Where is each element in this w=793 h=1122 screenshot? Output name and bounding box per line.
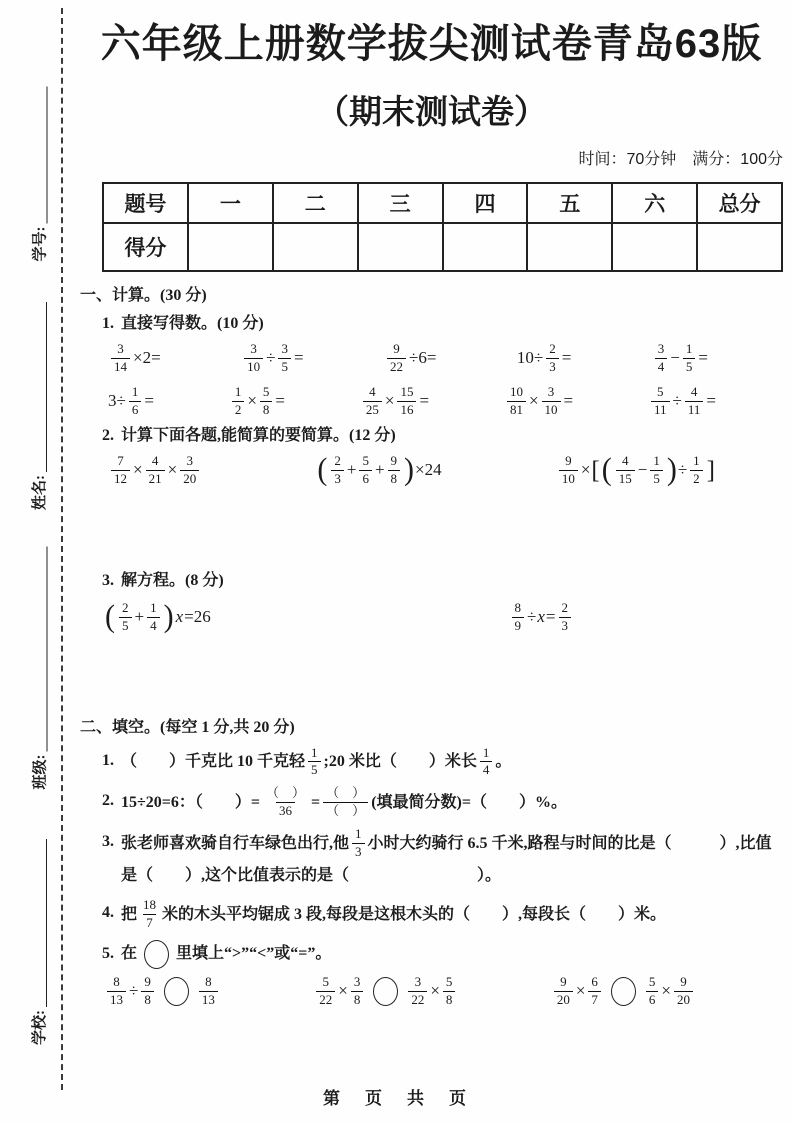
student-number-label: 学号: — [30, 227, 52, 262]
question-number: 1. — [102, 746, 114, 779]
question-number: 2. — [102, 786, 114, 819]
fraction: 13 — [352, 827, 365, 860]
math-expression: 920×6756×920 — [551, 975, 696, 1008]
fraction: 522 — [316, 975, 335, 1008]
question-number: 3. — [102, 827, 114, 890]
fraction: （ ）36 — [263, 786, 308, 819]
calc-row: (25+14)x=26 89÷x=23 — [104, 601, 574, 634]
math-expression: (25+14)x=26 — [104, 601, 211, 634]
fraction: 421 — [146, 454, 165, 487]
fraction: 1516 — [397, 385, 416, 418]
section1-heading: 一、计算。(30 分) — [80, 286, 785, 306]
sidebar-field-class: 班级: — [30, 545, 52, 790]
fraction: 14 — [147, 601, 160, 634]
fraction: 922 — [387, 342, 406, 375]
math-expression: 3÷16= — [108, 385, 154, 418]
question1-head: 1. 直接写得数。(10 分) — [102, 314, 785, 334]
sidebar-field-school: 学校: — [29, 837, 51, 1045]
page-footer: 第 页 共 页 — [0, 1084, 793, 1109]
fraction: 15 — [683, 342, 696, 375]
fraction: 58 — [260, 385, 273, 418]
fill-blank-line: 张老师喜欢骑自行车绿色出行,他13小时大约骑行 6.5 千米,路程与时间的比是（… — [121, 827, 772, 860]
fraction: 910 — [559, 454, 578, 487]
question-text: 解方程。(8 分) — [121, 571, 224, 591]
fraction: 425 — [363, 385, 382, 418]
fraction: 67 — [588, 975, 601, 1008]
score-header-cell: 三 — [358, 183, 443, 223]
score-header-cell: 总分 — [697, 183, 782, 223]
fraction: 310 — [542, 385, 561, 418]
math-expression: (23+56+98)×24 — [316, 454, 441, 487]
page-title: 六年级上册数学拔尖测试卷青岛63版 — [78, 20, 785, 68]
fraction: 920 — [674, 975, 693, 1008]
fraction: 56 — [359, 454, 372, 487]
page-subtitle: （期末测试卷） — [78, 92, 785, 132]
fraction: 38 — [351, 975, 364, 1008]
fraction: 314 — [111, 342, 130, 375]
fraction: 35 — [278, 342, 291, 375]
exam-time-score-meta: 时间：70分钟 满分：100分 — [78, 150, 783, 170]
fill-blank-line: 把187米的木头平均锯成 3 段,每段是这根木头的（ ）,每段长（ ）米。 — [121, 898, 666, 931]
fill-item: 4. 把187米的木头平均锯成 3 段,每段是这根木头的（ ）,每段长（ ）米。 — [102, 898, 785, 931]
question-text: 直接写得数。(10 分) — [121, 314, 264, 334]
math-expression: 10÷23= — [517, 342, 571, 375]
math-expression: 910×[(415−15)÷12] — [556, 454, 716, 487]
school-blank-line — [46, 839, 47, 1007]
fraction: 322 — [408, 975, 427, 1008]
name-blank-line — [46, 302, 47, 472]
compare-circle — [144, 940, 169, 969]
score-table: 题号 一 二 三 四 五 六 总分 得分 — [102, 182, 783, 272]
question-number: 1. — [102, 314, 114, 334]
seal-dashed-line — [61, 8, 63, 1090]
question3-head: 3. 解方程。(8 分) — [102, 571, 785, 591]
math-variable: x — [175, 607, 185, 627]
fill-item: 5. 在里填上“>”“<”或“=”。 — [102, 939, 785, 969]
score-empty-cell — [697, 223, 782, 271]
fraction: 23 — [546, 342, 559, 375]
fraction: （ ）（ ） — [323, 786, 368, 819]
fraction: 1081 — [507, 385, 526, 418]
math-variable: x — [536, 607, 546, 627]
question-text: 计算下面各题,能简算的要简算。(12 分) — [121, 426, 396, 446]
score-header-cell: 四 — [443, 183, 528, 223]
math-expression: 425×1516= — [360, 385, 429, 418]
section2-heading: 二、填空。(每空 1 分,共 20 分) — [80, 718, 785, 738]
fraction: 58 — [443, 975, 456, 1008]
exam-paper-page: 学号: 姓名: 班级: 学校: 六年级上册数学拔尖测试卷青岛63版 （期末测试卷… — [0, 0, 793, 1122]
fraction: 920 — [554, 975, 573, 1008]
score-row-label: 得分 — [103, 223, 188, 271]
calc-row: 712×421×320 (23+56+98)×24 910×[(415−15)÷… — [108, 454, 716, 487]
compare-row: 813÷98813 522×38322×58 920×6756×920 — [104, 975, 696, 1008]
fraction: 56 — [646, 975, 659, 1008]
fraction: 98 — [388, 454, 401, 487]
fill-blank-line: 是（ ）,这个比值表示的是（ ）。 — [121, 860, 772, 890]
school-label: 学校: — [29, 1010, 51, 1045]
math-expression: 712×421×320 — [108, 454, 202, 487]
fill-item: 1. （ ）千克比 10 千克轻15;20 米比（ ）米长14。 — [102, 746, 785, 779]
calc-row: 3÷16= 12×58= 425×1516= 1081×310= 511÷411… — [108, 385, 716, 418]
fraction: 16 — [129, 385, 142, 418]
math-expression: 1081×310= — [504, 385, 573, 418]
fraction: 187 — [140, 898, 159, 931]
fraction: 415 — [616, 454, 635, 487]
fraction: 813 — [107, 975, 126, 1008]
fraction: 15 — [308, 746, 321, 779]
score-header-cell: 五 — [527, 183, 612, 223]
fraction: 712 — [111, 454, 130, 487]
fraction: 813 — [199, 975, 218, 1008]
fraction: 98 — [141, 975, 154, 1008]
compare-circle — [611, 977, 636, 1006]
class-blank-line — [47, 547, 48, 752]
compare-circle — [164, 977, 189, 1006]
sidebar-field-student-number: 学号: — [30, 85, 52, 262]
sidebar-field-name: 姓名: — [29, 300, 51, 510]
score-table-score-row: 得分 — [103, 223, 782, 271]
fraction: 89 — [512, 601, 525, 634]
score-empty-cell — [273, 223, 358, 271]
paper-content: 六年级上册数学拔尖测试卷青岛63版 （期末测试卷） 时间：70分钟 满分：100… — [78, 0, 785, 1008]
score-empty-cell — [358, 223, 443, 271]
class-label: 班级: — [30, 755, 52, 790]
score-empty-cell — [188, 223, 273, 271]
question2-head: 2. 计算下面各题,能简算的要简算。(12 分) — [102, 426, 785, 446]
fraction: 411 — [685, 385, 704, 418]
math-expression: 34−15= — [652, 342, 708, 375]
fraction: 14 — [480, 746, 493, 779]
fraction: 15 — [650, 454, 663, 487]
score-header-cell: 六 — [612, 183, 697, 223]
student-number-blank-line — [47, 87, 48, 224]
score-empty-cell — [527, 223, 612, 271]
question-number: 5. — [102, 939, 114, 969]
math-expression: 314×2= — [108, 342, 161, 375]
math-expression: 12×58= — [229, 385, 285, 418]
fraction: 511 — [651, 385, 670, 418]
math-expression: 511÷411= — [648, 385, 716, 418]
calc-row: 314×2= 310÷35= 922÷6= 10÷23= 34−15= — [108, 342, 708, 375]
question-number: 2. — [102, 426, 114, 446]
fraction: 12 — [690, 454, 703, 487]
fill-blank-line: （ ）千克比 10 千克轻15;20 米比（ ）米长14。 — [121, 746, 511, 779]
fraction: 25 — [119, 601, 132, 634]
score-table-header-row: 题号 一 二 三 四 五 六 总分 — [103, 183, 782, 223]
question-number: 3. — [102, 571, 114, 591]
question-number: 4. — [102, 898, 114, 931]
fill-blank-line: 15÷20=6：（ ）=（ ）36=（ ）（ ）(填最简分数)=（ ）%。 — [121, 786, 567, 819]
math-expression: 89÷x=23 — [509, 601, 574, 634]
fill-blank-line: 在里填上“>”“<”或“=”。 — [121, 939, 331, 969]
math-expression: 813÷98813 — [104, 975, 221, 1008]
fraction: 23 — [559, 601, 572, 634]
compare-circle — [373, 977, 398, 1006]
fraction: 320 — [180, 454, 199, 487]
fraction: 34 — [655, 342, 668, 375]
score-empty-cell — [612, 223, 697, 271]
fill-item: 2. 15÷20=6：（ ）=（ ）36=（ ）（ ）(填最简分数)=（ ）%。 — [102, 786, 785, 819]
fraction: 23 — [331, 454, 344, 487]
score-header-cell: 一 — [188, 183, 273, 223]
score-empty-cell — [443, 223, 528, 271]
fraction: 310 — [244, 342, 263, 375]
math-expression: 310÷35= — [241, 342, 303, 375]
name-label: 姓名: — [29, 475, 51, 510]
score-header-cell: 题号 — [103, 183, 188, 223]
fill-item: 3. 张老师喜欢骑自行车绿色出行,他13小时大约骑行 6.5 千米,路程与时间的… — [102, 827, 785, 890]
fraction: 12 — [232, 385, 245, 418]
math-expression: 922÷6= — [384, 342, 436, 375]
score-header-cell: 二 — [273, 183, 358, 223]
math-expression: 522×38322×58 — [313, 975, 458, 1008]
